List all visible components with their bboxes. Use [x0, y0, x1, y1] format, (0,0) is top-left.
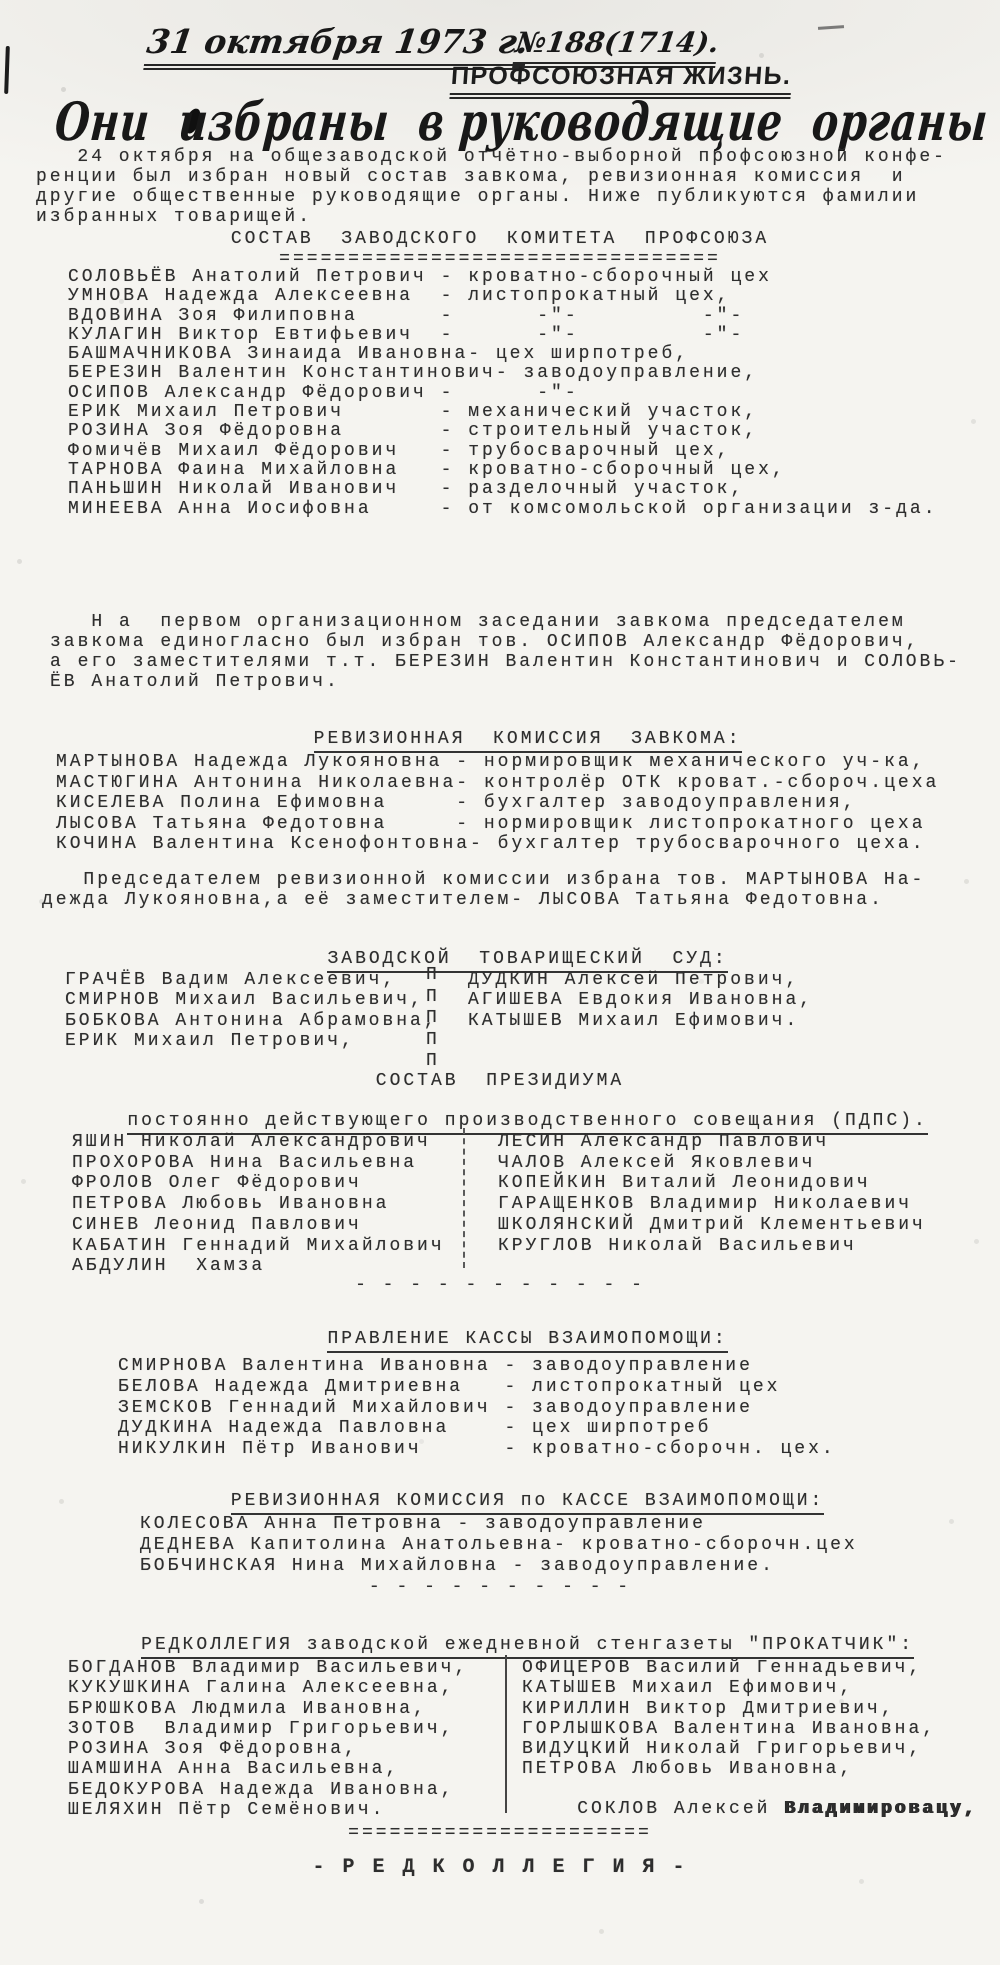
audit-chair-note-paragraph: Председателем ревизионной комиссии избра… [42, 870, 925, 910]
heading-pdps-line2-text: постоянно действующего производственного… [127, 1111, 928, 1135]
comrades-court-column-divider: П П П П П [426, 965, 440, 1073]
editorial-board-column-divider [505, 1655, 507, 1813]
editorial-board-right-column: ОФИЦЕРОВ Василий Геннадьевич, КАТЫШЕВ Ми… [522, 1658, 936, 1780]
heading-comrades-court-text: ЗАВОДСКОЙ ТОВАРИЩЕСКИЙ СУД: [327, 949, 727, 973]
intro-paragraph: 24 октября на общезаводской отчётно-выбо… [36, 147, 947, 227]
editorial-board-last-surname-overtyped: Владимировацу, [784, 1799, 977, 1819]
separator-dashes-2: - - - - - - - - - - [0, 1578, 1000, 1598]
editorial-board-left-column: БОГДАНОВ Владимир Васильевич, КУКУШКИНА … [68, 1658, 468, 1820]
comrades-court-left-column: ГРАЧЁВ Вадим Алексеевич, СМИРНОВ Михаил … [65, 970, 438, 1051]
chairman-note-paragraph: Н а первом организационном заседании зав… [50, 612, 961, 692]
separator-dashes-1: - - - - - - - - - - - [0, 1276, 1000, 1296]
mutual-aid-board-list: СМИРНОВА Валентина Ивановна - заводоупра… [118, 1356, 836, 1460]
separator-equals-bottom: ====================== [0, 1824, 1000, 1844]
document-page: 31 октября 1973 г. №188(1714). ПРОФСОЮЗН… [0, 0, 1000, 1965]
pdps-left-column: ЯШИН Николай Александрович ПРОХОРОВА Нин… [72, 1132, 445, 1277]
editorial-board-last-name: СОКЛОВ Алексей [577, 1799, 784, 1819]
heading-editorial-board-text: РЕДКОЛЛЕГИЯ заводской ежедневной стенгаз… [141, 1635, 914, 1659]
scan-artifact-top-right [818, 25, 844, 30]
heading-audit-committee-text: РЕВИЗИОННАЯ КОМИССИЯ ЗАВКОМА: [314, 729, 742, 753]
issue-number: №188(1714). [513, 26, 721, 59]
rubric: ПРОФСОЮЗНАЯ ЖИЗНЬ. [450, 62, 793, 91]
scan-artifact-left-edge [4, 46, 10, 94]
audit-committee-list: МАРТЫНОВА Надежда Лукояновна - нормировщ… [56, 752, 939, 855]
heading-mutual-aid-audit-text: РЕВИЗИОННАЯ КОМИССИЯ по КАССЕ ВЗАИМОПОМО… [231, 1491, 824, 1515]
paper-speckles [0, 0, 3, 3]
article-title: Они избраны в руководящие органы [53, 92, 991, 154]
pdps-right-column: ЛЕСИН Александр Павлович ЧАЛОВ Алексей Я… [498, 1132, 926, 1256]
heading-factory-committee: СОСТАВ ЗАВОДСКОГО КОМИТЕТА ПРОФСОЮЗА [0, 230, 1000, 250]
heading-mutual-aid-board-text: ПРАВЛЕНИЕ КАССЫ ВЗАИМОПОМОЩИ: [327, 1329, 727, 1353]
comrades-court-right-column: ДУДКИН Алексей Петрович, АГИШЕВА Евдокия… [468, 970, 813, 1031]
pdps-column-divider [463, 1128, 465, 1268]
mutual-aid-audit-list: КОЛЕСОВА Анна Петровна - заводоуправлени… [140, 1514, 858, 1577]
footer-editorial-signature: - Р Е Д К О Л Л Е Г И Я - [0, 1858, 1000, 1878]
factory-committee-list: СОЛОВЬЁВ Анатолий Петрович - кроватно-сб… [68, 268, 938, 519]
issue-date: 31 октября 1973 г. [145, 22, 531, 61]
heading-pdps-line1: СОСТАВ ПРЕЗИДИУМА [0, 1072, 1000, 1092]
